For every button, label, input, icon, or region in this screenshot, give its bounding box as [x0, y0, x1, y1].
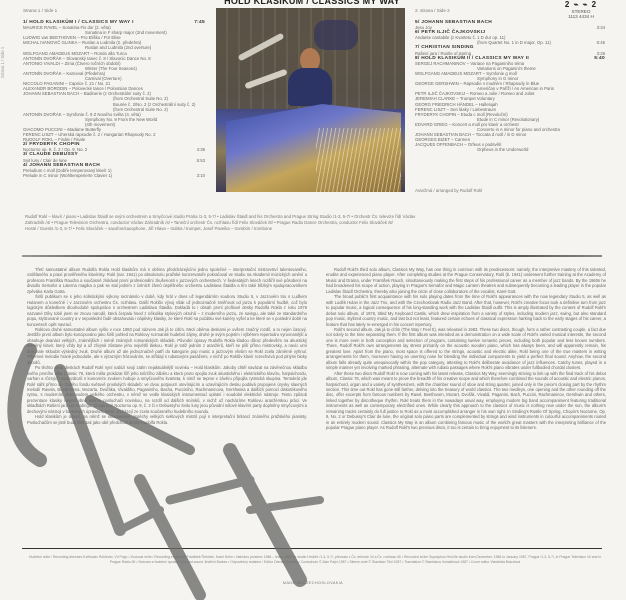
credits-line: Hosté / Guests /1-3, 5-7/ • Felix Slováč… — [25, 226, 605, 232]
arranged-by: Aranžmá / arranged by Rudolf Rokl — [415, 188, 482, 193]
notes-paragraph: Rokl's second album, Jak já to cítím (Th… — [326, 327, 606, 371]
notes-paragraph: Hold klasikům je album, na němž se sklad… — [27, 414, 307, 425]
track-line: Orpheus in the Underworld — [415, 147, 605, 152]
made-in-label: MADE IN CZECHOSLOVAKIA — [0, 581, 626, 585]
performer-credits: Rudolf Rokl – klavír / piano • Ladislav … — [25, 214, 605, 232]
stereo-catalog-block: STEREO 1113 4434 H — [551, 9, 611, 20]
side1-tracklist: 1/ HOLD KLASIKŮM I / CLASSICS MY WAY I7:… — [23, 20, 205, 178]
notes-paragraph: The broad public's first acquaintance wi… — [326, 294, 606, 327]
notes-paragraph: Širší publikum se s jeho sólistickými vý… — [27, 294, 307, 327]
divider — [22, 255, 602, 257]
record-label-logo: 2 ⌁ ⌁ 2 — [551, 0, 611, 9]
liner-notes-czech: Třetí samostatné album Rudolfa Rokla Hol… — [27, 267, 307, 425]
side2-tracklist: 5/ JOHANN SEBASTIAN BACHJesu Joy3:346/ P… — [415, 20, 605, 152]
side2-heading: 2. strana / Side 2 — [415, 8, 450, 13]
photo-reflection — [314, 20, 358, 50]
track-text: Orpheus in the Underworld — [477, 147, 528, 152]
track-line: Prelude in C minor (Wohltemperierte Clav… — [23, 173, 205, 178]
track-duration: 3:10 — [197, 173, 205, 178]
production-credits: Hudební režie / Recording directors Květ… — [25, 555, 605, 565]
notes-paragraph: Rudolf Rokl's third solo album, Classics… — [326, 267, 606, 294]
divider — [22, 548, 602, 549]
photo-pianist-body — [288, 68, 332, 106]
liner-notes-english: Rudolf Rokl's third solo album, Classics… — [326, 267, 606, 431]
notes-paragraph: Po těchto dvou deskách Rudolf Rokl nyní … — [27, 365, 307, 414]
notes-paragraph: Třetí samostatné album Rudolfa Rokla Hol… — [27, 267, 307, 294]
spine-label: Strana 1 / Side 1 — [0, 47, 5, 78]
notes-paragraph: After these two discs Rudolf Rokl is now… — [326, 371, 606, 431]
notes-paragraph: Roklovo druhé samostatné album vyšlo v r… — [27, 327, 307, 365]
catalog-number: 1113 4434 H — [551, 14, 611, 19]
side1-heading: Strana 1 / Side 1 — [23, 8, 57, 13]
album-back-cover: HOLD KLASIKŮM / CLASSICS MY WAY 2 ⌁ ⌁ 2 … — [0, 0, 626, 600]
photo-piano-strings — [316, 128, 401, 192]
album-title: HOLD KLASIKŮM / CLASSICS MY WAY — [222, 0, 402, 6]
cover-photo-pianist — [216, 8, 405, 192]
track-text: Prelude in C minor (Wohltemperierte Clav… — [23, 173, 112, 178]
